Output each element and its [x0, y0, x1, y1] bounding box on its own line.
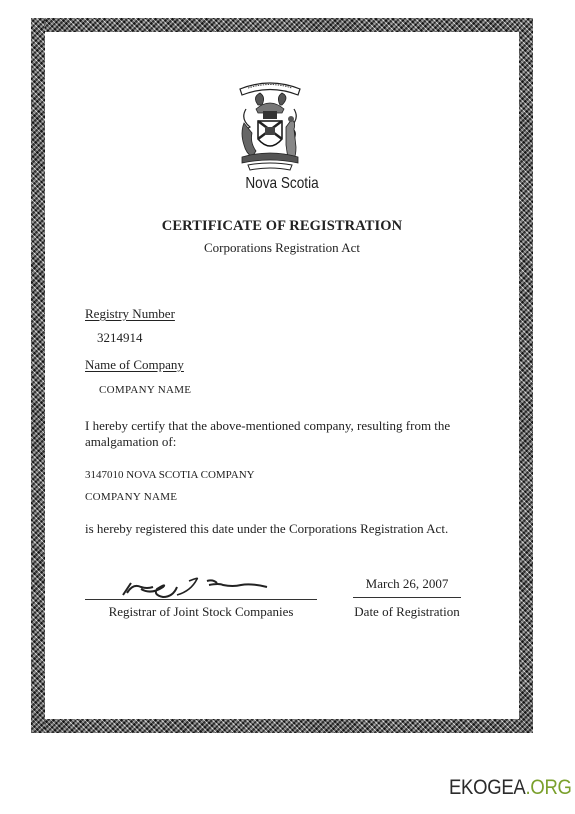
ornamental-border-bottom [31, 719, 533, 733]
registrar-label: Registrar of Joint Stock Companies [85, 604, 317, 620]
date-of-registration-label: Date of Registration [347, 604, 467, 620]
certificate: Nova Scotia CERTIFICATE OF REGISTRATION … [31, 18, 533, 733]
watermark-name: EKOGEA [449, 776, 525, 799]
certificate-subtitle: Corporations Registration Act [31, 240, 533, 256]
nova-scotia-coat-of-arms-icon [236, 75, 304, 175]
company-name-label: Name of Company [85, 357, 184, 373]
crest-caption: Nova Scotia [69, 175, 496, 193]
registration-date: March 26, 2007 [351, 576, 463, 592]
certificate-title: CERTIFICATE OF REGISTRATION [31, 218, 533, 235]
watermark-logo: EKOGEA.ORG [449, 776, 572, 800]
amalgamated-company: 3147010 NOVA SCOTIA COMPANY [85, 469, 255, 481]
ornamental-border-right [519, 18, 533, 733]
registry-number-value: 3214914 [97, 330, 143, 346]
amalgamated-company: COMPANY NAME [85, 491, 177, 503]
date-line [353, 597, 461, 598]
company-name-value: COMPANY NAME [99, 384, 191, 396]
watermark-tld: .ORG [525, 776, 571, 799]
certification-statement: I hereby certify that the above-mentione… [85, 418, 475, 450]
ornamental-border-left [31, 18, 45, 733]
registration-statement: is hereby registered this date under the… [85, 521, 448, 537]
handwritten-signature-icon [119, 575, 279, 599]
registry-number-label: Registry Number [85, 306, 175, 322]
signature-line [85, 599, 317, 600]
ornamental-border-top [31, 18, 533, 32]
